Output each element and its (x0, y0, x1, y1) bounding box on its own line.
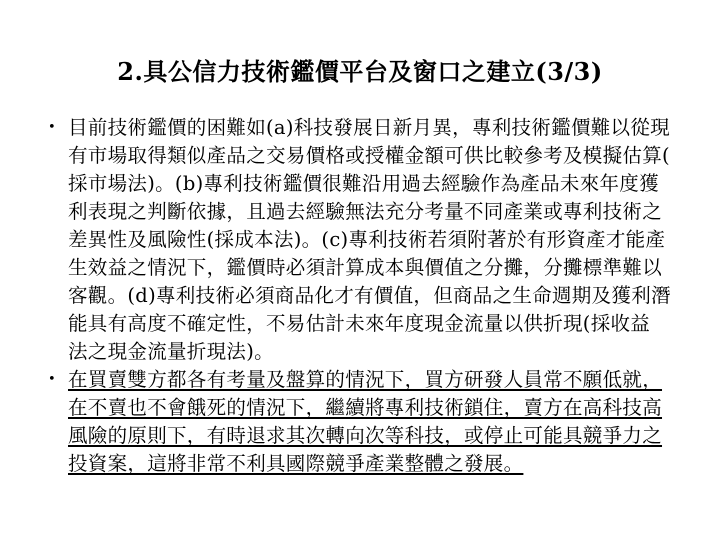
text-line: 生效益之情況下，鑑價時必須計算成本與價值之分攤，分攤標準難以 (68, 254, 688, 282)
text-line: 目前技術鑑價的困難如(a)科技發展日新月異，專利技術鑑價難以從現 (68, 114, 688, 142)
slide-title: 2.具公信力技術鑑價平台及窗口之建立(3/3) (0, 52, 720, 87)
text-line: 風險的原則下，有時退求其次轉向次等科技，或停止可能具競爭力之 (68, 422, 688, 450)
bullet-icon: • (48, 114, 68, 142)
slide-body: • 目前技術鑑價的困難如(a)科技發展日新月異，專利技術鑑價難以從現 有市場取得… (48, 114, 688, 478)
text-line: 客觀。(d)專利技術必須商品化才有價值，但商品之生命週期及獲利潛 (68, 282, 688, 310)
text-line: 投資案，這將非常不利具國際競爭產業整體之發展。 (68, 450, 688, 478)
bullet-icon: • (48, 366, 68, 394)
text-line: 在不賣也不會餓死的情況下，繼續將專利技術鎖住，賣方在高科技高 (68, 394, 688, 422)
bullet-2-text: 在買賣雙方都各有考量及盤算的情況下，買方研發人員常不願低就， 在不賣也不會餓死的… (68, 366, 688, 478)
text-line: 法之現金流量折現法)。 (68, 338, 688, 366)
text-line: 能具有高度不確定性，不易估計未來年度現金流量以供折現(採收益 (68, 310, 688, 338)
text-line: 差異性及風險性(採成本法)。(c)專利技術若須附著於有形資產才能產 (68, 226, 688, 254)
text-line: 在買賣雙方都各有考量及盤算的情況下，買方研發人員常不願低就， (68, 366, 688, 394)
bullet-item-1: • 目前技術鑑價的困難如(a)科技發展日新月異，專利技術鑑價難以從現 有市場取得… (48, 114, 688, 366)
bullet-1-text: 目前技術鑑價的困難如(a)科技發展日新月異，專利技術鑑價難以從現 有市場取得類似… (68, 114, 688, 366)
bullet-item-2: • 在買賣雙方都各有考量及盤算的情況下，買方研發人員常不願低就， 在不賣也不會餓… (48, 366, 688, 478)
slide: 2.具公信力技術鑑價平台及窗口之建立(3/3) • 目前技術鑑價的困難如(a)科… (0, 0, 720, 540)
text-line: 有市場取得類似產品之交易價格或授權金額可供比較參考及模擬估算( (68, 142, 688, 170)
text-line: 利表現之判斷依據，且過去經驗無法充分考量不同產業或專利技術之 (68, 198, 688, 226)
text-line: 採市場法)。(b)專利技術鑑價很難沿用過去經驗作為產品未來年度獲 (68, 170, 688, 198)
